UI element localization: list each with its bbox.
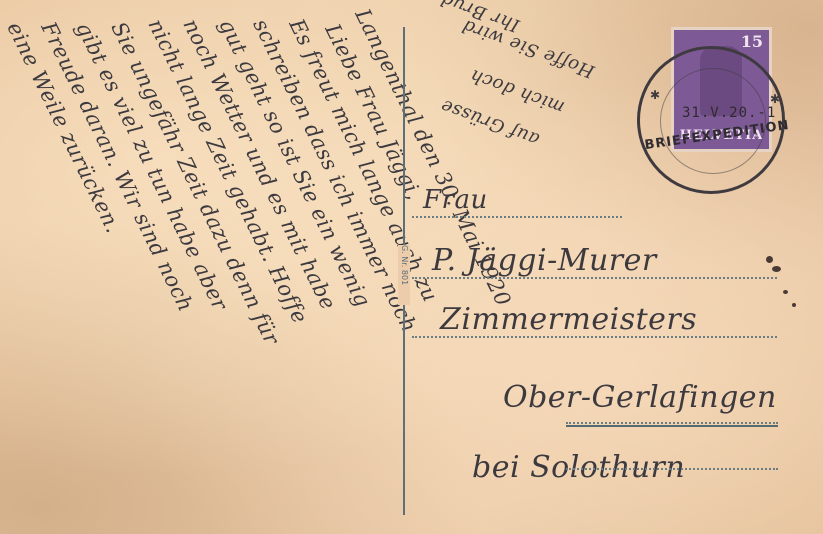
postmark-star-icon: ✱ xyxy=(650,88,660,102)
postcard: Langenthal den 30. Mai 1920 Liebe Frau J… xyxy=(0,0,823,534)
address-occupation: Zimmermeisters xyxy=(440,302,697,337)
postmark-inner-ring xyxy=(660,68,766,174)
stamp-value: 15 xyxy=(741,32,763,51)
ink-spot xyxy=(792,303,796,307)
address-dotted-line xyxy=(412,216,622,218)
address-dotted-line xyxy=(566,468,778,470)
address-salutation: Frau xyxy=(423,185,488,215)
address-name: P. Jäggi-Murer xyxy=(432,243,657,278)
ink-spot xyxy=(783,290,788,294)
address-town: Ober-Gerlafingen xyxy=(503,380,777,415)
postmark-star-icon: ✱ xyxy=(770,92,780,106)
postmark-date: 31.V.20.-1 xyxy=(682,105,776,121)
address-dotted-line xyxy=(412,277,777,279)
divider-printer-mark: G. Nr. 801 xyxy=(398,245,410,305)
address-underline xyxy=(566,425,778,427)
ink-spot xyxy=(772,266,781,272)
ink-spot xyxy=(766,256,773,263)
address-dotted-line xyxy=(412,336,777,338)
address-dotted-line xyxy=(566,422,778,424)
